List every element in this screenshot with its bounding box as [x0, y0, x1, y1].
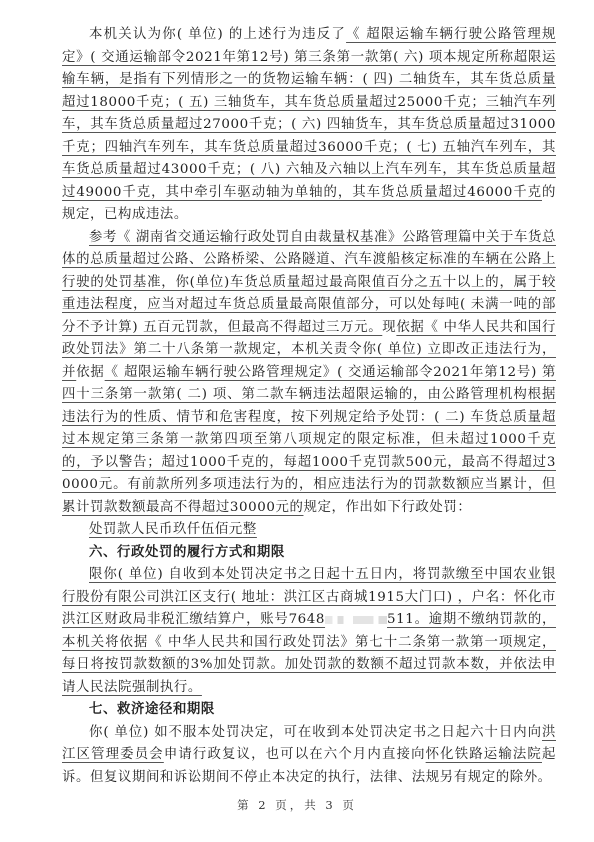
- text-segment: 依据: [76, 365, 104, 380]
- document-page: 本机关认为你( 单位) 的上述行为违反了《 超限运输车辆行驶公路管理规定》( 交…: [62, 24, 556, 789]
- text-segment: 申请行政复议，也可以在六个月内直接向: [164, 747, 426, 762]
- text-segment: 规定，作出如下行政处罚：: [303, 500, 471, 515]
- paragraph-remedy: 你( 单位) 如不服本处罚决定，可在收到本处罚决定书之日起六十日内向洪江区管理委…: [62, 722, 556, 790]
- redacted-account-digits: [325, 616, 387, 624]
- paragraph-penalty-amount: 处罚款人民币玖仟伍佰元整: [62, 519, 556, 542]
- underlined-regulation-text: 《 超限运输车辆行驶公路管理规定》( 交通运输部令2021年第12号) 第四十三…: [62, 365, 556, 515]
- page-number-footer: 第 2 页，共 3 页: [0, 797, 594, 813]
- text-segment: 本机关认为你( 单位) 的上述行为违反了: [89, 27, 346, 42]
- paragraph-penalty-basis: 参考《 湖南省交通运输行政处罚自由裁量权基准》公路管理篇中关于车货总体的总质量超…: [62, 227, 556, 520]
- section-heading-payment: 六、行政处罚的履行方式和期限: [62, 542, 556, 565]
- paragraph-payment: 限你( 单位) 自收到本处罚决定书之日起十五日内，将罚款缴至中国农业银行股份有限…: [62, 564, 556, 699]
- paragraph-violation-finding: 本机关认为你( 单位) 的上述行为违反了《 超限运输车辆行驶公路管理规定》( 交…: [62, 24, 556, 227]
- section-heading-remedy: 七、救济途径和期限: [62, 699, 556, 722]
- text-segment: 现: [382, 320, 396, 335]
- penalty-amount: 处罚款人民币玖仟伍佰元整: [89, 522, 257, 537]
- court-name: 怀化铁路运输法院: [426, 747, 542, 762]
- underlined-regulation-text: 《 超限运输车辆行驶公路管理规定》( 交通运输部令2021年第12号) 第三条第…: [62, 27, 556, 200]
- text-segment: 你( 单位) 如不服本处罚决定，可在收到本处罚决定书之日起六十日内向: [89, 725, 542, 740]
- account-number-prefix: 7648: [289, 612, 325, 627]
